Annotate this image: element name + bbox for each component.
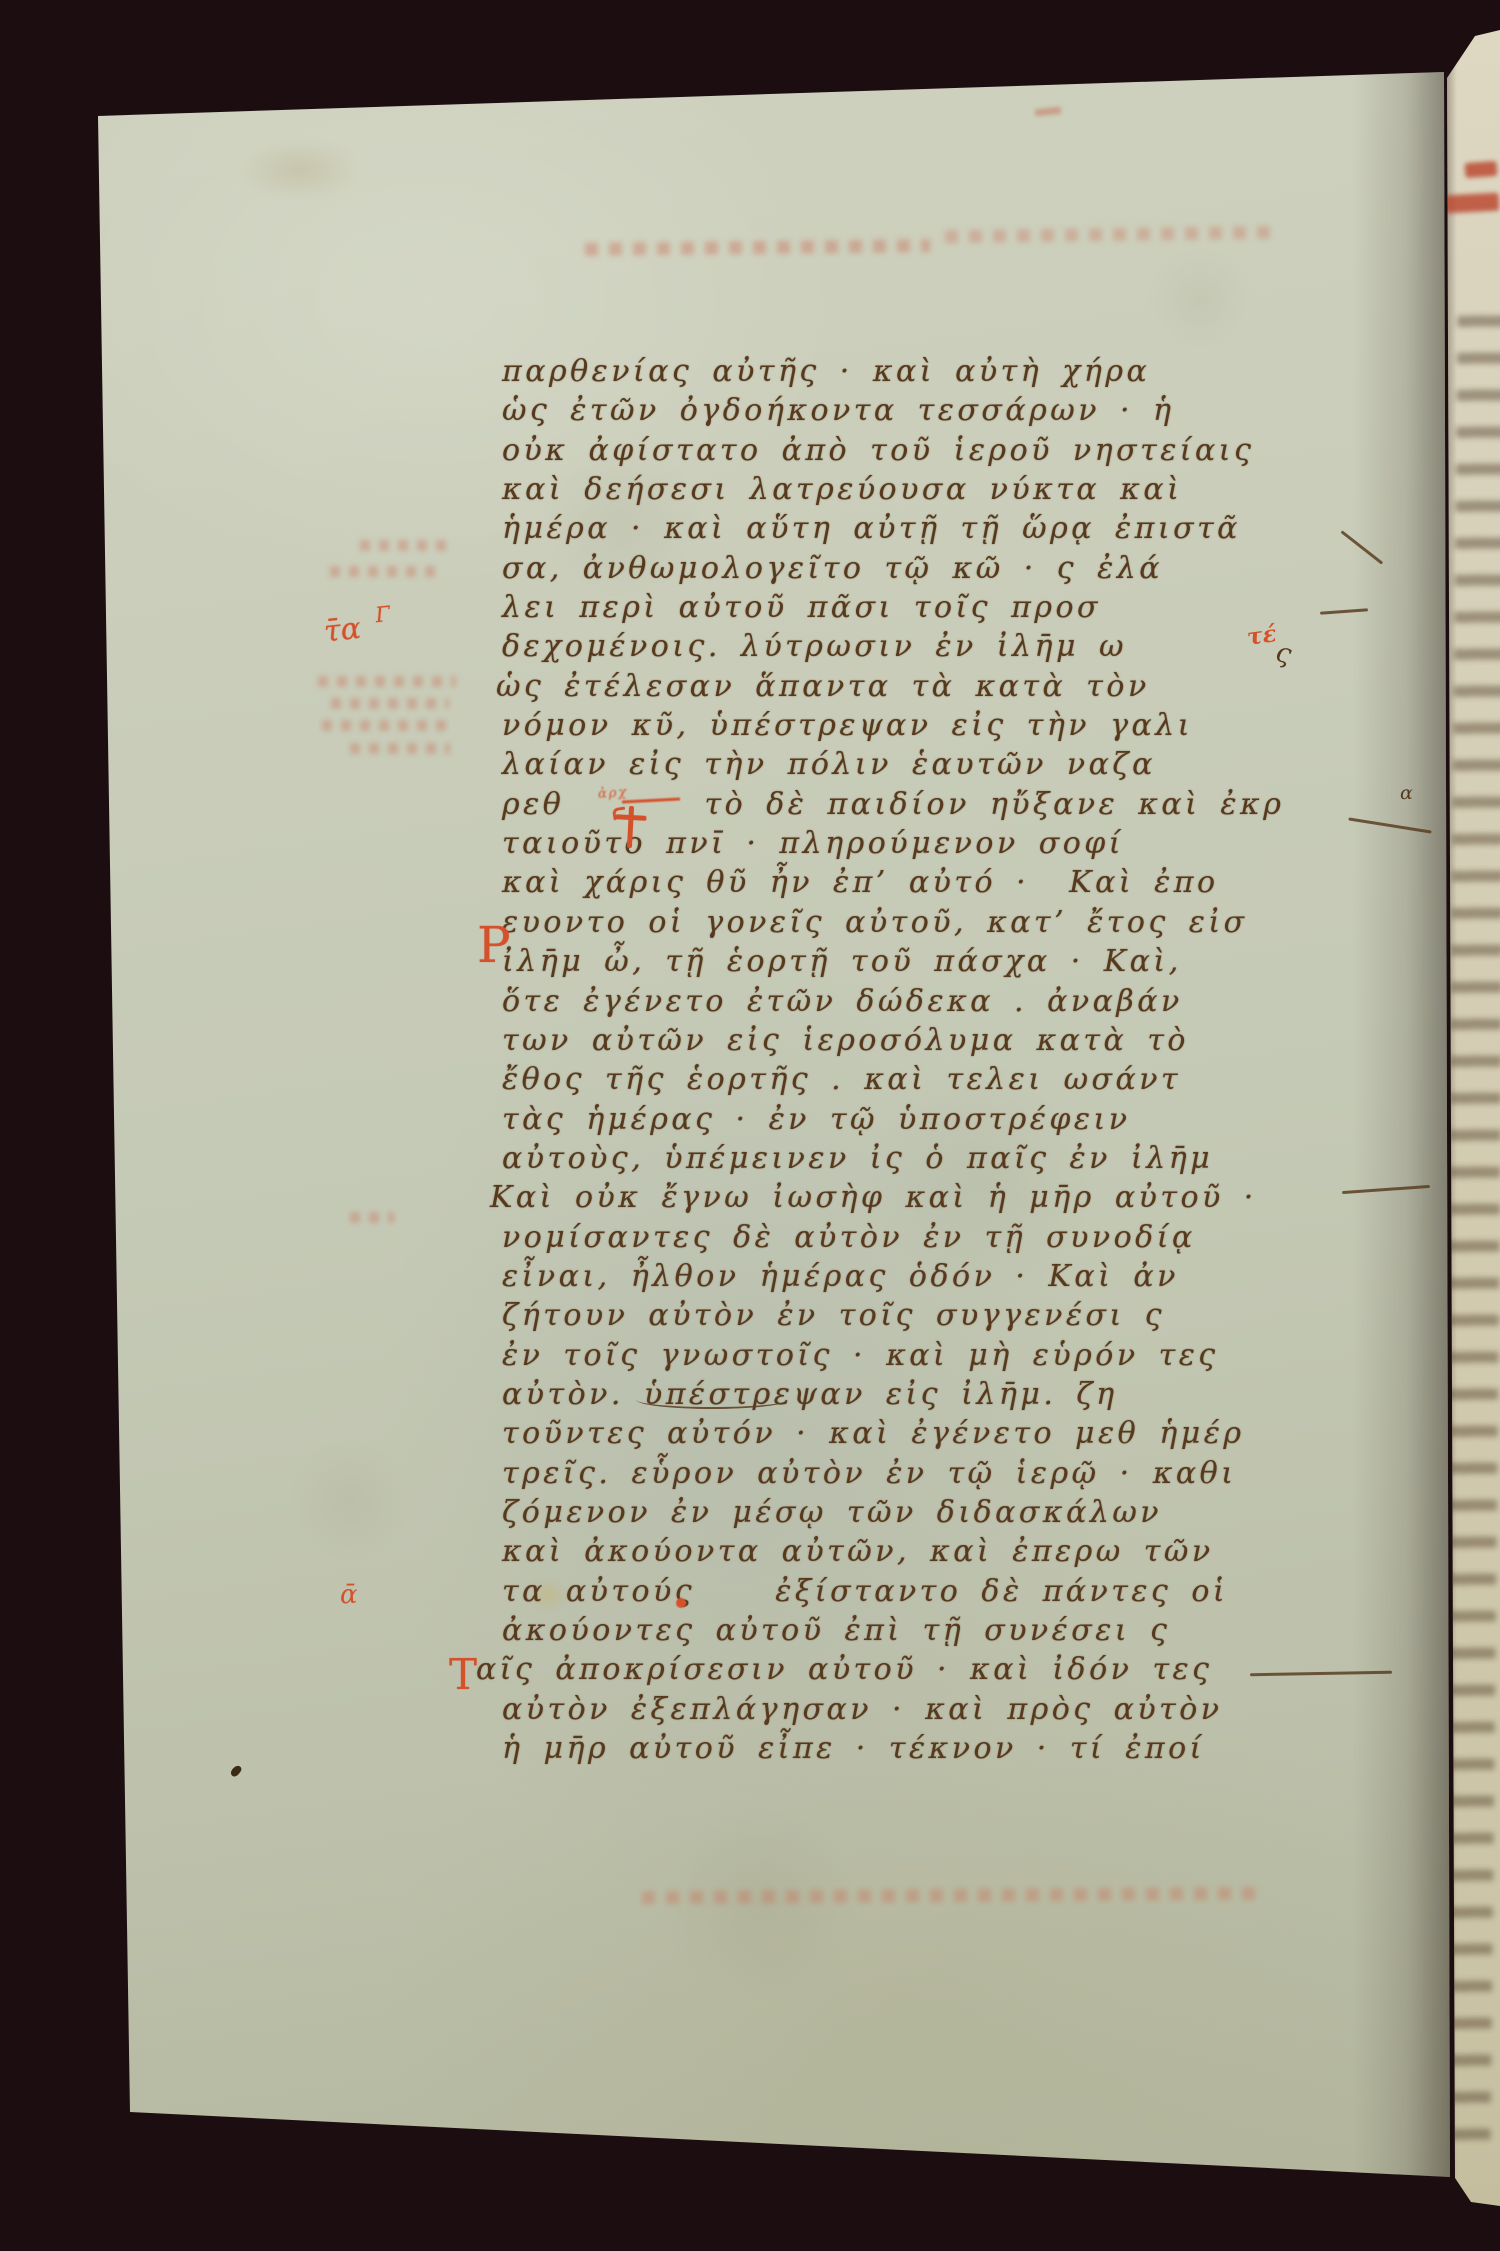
red-bleedthrough-band-top xyxy=(585,239,930,256)
manuscript-line: τα αὐτούς ἐξίσταντο δὲ πάντες οἱ xyxy=(502,1572,1422,1611)
fore-edge-red-mark xyxy=(1465,161,1498,178)
margin-lection-mark: τ̄αΓ xyxy=(322,609,377,649)
rubricated-initial-tau: Τ xyxy=(449,1650,477,1699)
lection-mark-flourish: Γ xyxy=(374,602,391,627)
manuscript-line: ταιοῦτο πνῑ · πληρούμενον σοφί xyxy=(502,824,1422,863)
manuscript-line: οὐκ ἀφίστατο ἀπὸ τοῦ ἱεροῦ νηστείαις xyxy=(502,431,1422,470)
bleedthrough-blob xyxy=(350,1212,394,1223)
telos-lection-mark: τέ xyxy=(1245,620,1278,651)
manuscript-line: αὐτὸν ἐξεπλάγησαν · καὶ πρὸς αὐτὸν xyxy=(502,1690,1422,1729)
manuscript-line: αὐτοὺς, ὑπέμεινεν ἰς ὁ παῖς ἐν ἰλη̄μ xyxy=(502,1139,1422,1178)
manuscript-line: ευοντο οἱ γονεῖς αὐτοῦ, κατ’ ἔτος εἰσ xyxy=(502,903,1422,942)
manuscript-line: τρεῖς. εὗρον αὐτὸν ἐν τῷ ἱερῷ · καθι xyxy=(502,1454,1422,1493)
manuscript-photo: παρθενίας αὐτῆς · καὶ αὐτὴ χήραὡς ἐτῶν ὀ… xyxy=(0,0,1500,2251)
manuscript-line: τοῦντες αὐτόν · καὶ ἐγένετο μεθ ἡμέρ xyxy=(502,1414,1422,1453)
bleedthrough-row xyxy=(350,743,450,754)
manuscript-line: ζόμενον ἐν μέσῳ τῶν διδασκάλων xyxy=(502,1493,1422,1532)
bleedthrough-row xyxy=(318,676,456,687)
text-column: παρθενίας αὐτῆς · καὶ αὐτὴ χήραὡς ἐτῶν ὀ… xyxy=(502,352,1422,1768)
manuscript-line: αῖς ἀποκρίσεσιν αὐτοῦ · καὶ ἰδόν τες xyxy=(476,1650,1422,1689)
manuscript-line: ζήτουν αὐτὸν ἐν τοῖς συγγενέσι ς xyxy=(502,1296,1422,1335)
manuscript-line: αὐτὸν. ὑπέστρεψαν εἰς ἰλη̄μ. ζη xyxy=(502,1375,1422,1414)
manuscript-line: ἐν τοῖς γνωστοῖς · καὶ μὴ εὑρόν τες xyxy=(502,1336,1422,1375)
manuscript-line: ἡ μη̄ρ αὐτοῦ εἶπε · τέκνον · τί ἐποί xyxy=(502,1729,1422,1768)
rubric-dot xyxy=(676,1598,686,1608)
manuscript-line: ὅτε ἐγένετο ἐτῶν δώδεκα . ἀναβάν xyxy=(502,982,1422,1021)
manuscript-line: των αὐτῶν εἰς ἱεροσόλυμα κατὰ τὸ xyxy=(502,1021,1422,1060)
bleedthrough-row xyxy=(360,540,448,551)
parchment-stain xyxy=(240,140,360,200)
manuscript-line: ὡς ἐτῶν ὀγδοήκοντα τεσσάρων · ἡ xyxy=(502,391,1422,430)
manuscript-line: παρθενίας αὐτῆς · καὶ αὐτὴ χήρα xyxy=(502,352,1422,391)
bleedthrough-row xyxy=(330,566,442,577)
manuscript-line: τὰς ἡμέρας · ἐν τῷ ὑποστρέφειν xyxy=(502,1100,1422,1139)
manuscript-line: σα, ἀνθωμολογεῖτο τῷ κῶ · ς ἐλά xyxy=(502,549,1422,588)
superscript-alpha: α xyxy=(1400,782,1413,804)
manuscript-line: λαίαν εἰς τὴν πόλιν ἑαυτῶν ναζα xyxy=(502,745,1422,784)
manuscript-line: καὶ χάρις θῦ ἦν ἐπ’ αὐτό · Καὶ ἐπο xyxy=(502,863,1422,902)
manuscript-line: ἰλη̄μ ὦ, τῇ ἑορτῇ τοῦ πάσχα · Καὶ, xyxy=(502,942,1422,981)
manuscript-line: νόμον κῦ, ὑπέστρεψαν εἰς τὴν γαλι xyxy=(502,706,1422,745)
red-bleedthrough-band-bottom xyxy=(642,1887,1260,1904)
bleedthrough-row xyxy=(322,720,452,731)
manuscript-line: λει περὶ αὐτοῦ πᾶσι τοῖς προσ xyxy=(502,588,1422,627)
rubricated-initial-rho: Ρ xyxy=(477,916,511,974)
fore-edge-red-mark xyxy=(1445,193,1500,214)
bleedthrough-row xyxy=(331,698,449,709)
manuscript-line: ἔθος τῆς ἑορτῆς . καὶ τελει ωσάντ xyxy=(502,1060,1422,1099)
parchment-page: παρθενίας αὐτῆς · καὶ αὐτὴ χήραὡς ἐτῶν ὀ… xyxy=(0,0,1500,2251)
book-fore-edge-strip xyxy=(1441,28,1500,2208)
margin-alpha-mark: ᾱ xyxy=(340,1580,358,1610)
red-bleedthrough-band-top-right xyxy=(945,226,1275,244)
lection-mark-text: τ̄α xyxy=(322,611,362,650)
manuscript-line: ὡς ἐτέλεσαν ἅπαντα τὰ κατὰ τὸν xyxy=(496,667,1422,706)
manuscript-line: καὶ δεήσεσι λατρεύουσα νύκτα καὶ xyxy=(502,470,1422,509)
manuscript-line: καὶ ἀκούοντα αὐτῶν, καὶ ἐπερω τῶν xyxy=(502,1532,1422,1571)
manuscript-line: ἡμέρα · καὶ αὕτη αὐτῇ τῇ ὥρᾳ ἐπιστᾶ xyxy=(502,509,1422,548)
manuscript-line: νομίσαντες δὲ αὐτὸν ἐν τῇ συνοδίᾳ xyxy=(502,1218,1422,1257)
manuscript-line: Καὶ οὐκ ἔγνω ἰωσὴφ καὶ ἡ μη̄ρ αὐτοῦ · xyxy=(490,1178,1422,1217)
red-bleedthrough-speck xyxy=(1035,107,1062,117)
manuscript-line: ἀκούοντες αὐτοῦ ἐπὶ τῇ συνέσει ς xyxy=(502,1611,1422,1650)
manuscript-line: εἶναι, ἦλθον ἡμέρας ὁδόν · Καὶ ἀν xyxy=(502,1257,1422,1296)
ink-speck xyxy=(229,1764,243,1778)
